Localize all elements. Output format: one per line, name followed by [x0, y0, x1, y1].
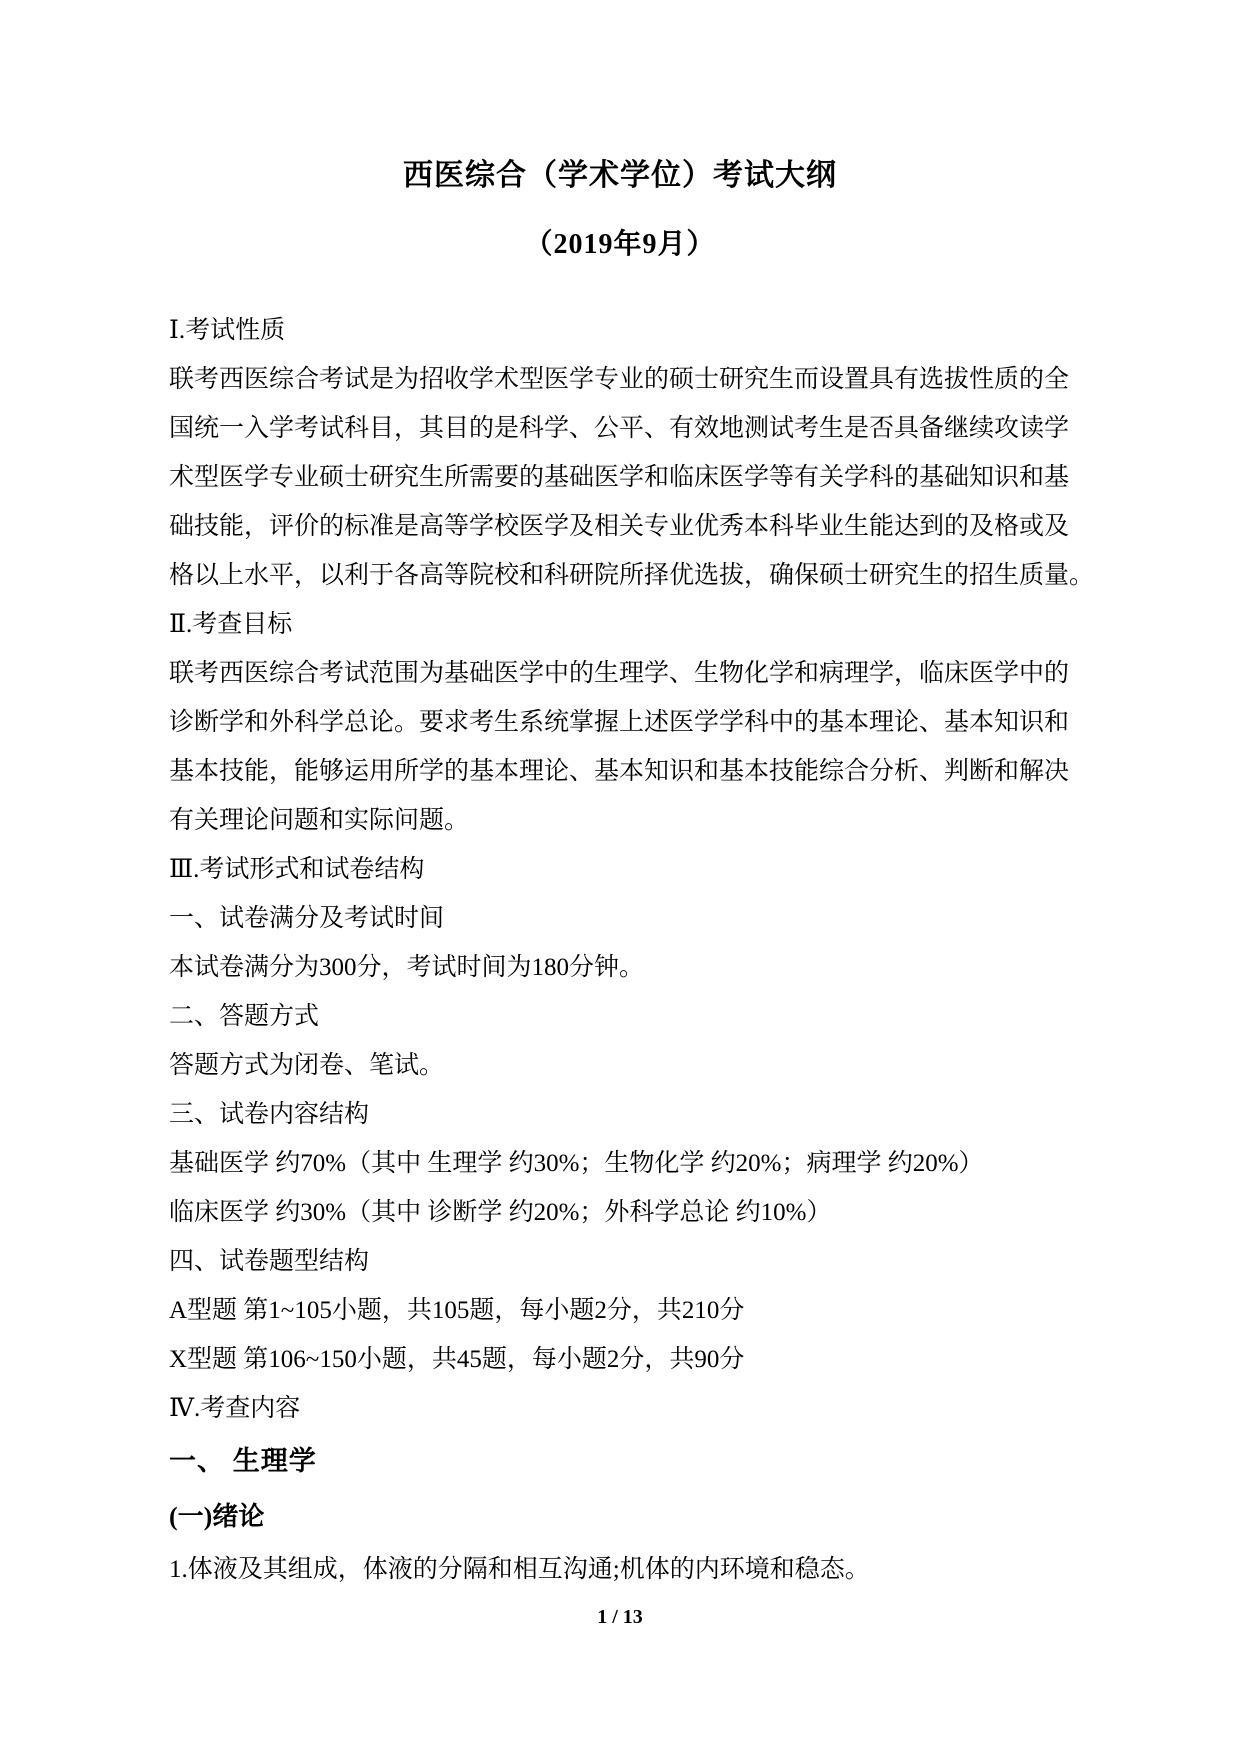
document-line: 三、试卷内容结构 [169, 1090, 1071, 1139]
document-line: 格以上水平，以利于各高等院校和科研院所择优选拔，确保硕士研究生的招生质量。 [169, 551, 1071, 600]
document-subtitle: （2019年9月） [0, 226, 1240, 264]
document-line: Ⅲ.考试形式和试卷结构 [169, 845, 1071, 894]
document-line: A型题 第1~105小题，共105题，每小题2分，共210分 [169, 1286, 1071, 1335]
document-line: Ⅰ.考试性质 [169, 306, 1071, 355]
document-line: 诊断学和外科学总论。要求考生系统掌握上述医学学科中的基本理论、基本知识和 [169, 698, 1071, 747]
document-line: 1.体液及其组成，体液的分隔和相互沟通;机体的内环境和稳态。 [169, 1545, 1071, 1594]
document-line: 联考西医综合考试范围为基础医学中的生理学、生物化学和病理学，临床医学中的 [169, 649, 1071, 698]
document-line: 基本技能，能够运用所学的基本理论、基本知识和基本技能综合分析、判断和解决 [169, 747, 1071, 796]
page-number: 1 / 13 [0, 1602, 1240, 1632]
document-line: (一)绪论 [169, 1489, 1071, 1545]
document-body: Ⅰ.考试性质联考西医综合考试是为招收学术型医学专业的硕士研究生而设置具有选拔性质… [169, 306, 1071, 1594]
document-line: 四、试卷题型结构 [169, 1237, 1071, 1286]
document-line: 有关理论问题和实际问题。 [169, 796, 1071, 845]
document-line: X型题 第106~150小题，共45题，每小题2分，共90分 [169, 1335, 1071, 1384]
document-line: 临床医学 约30%（其中 诊断学 约20%；外科学总论 约10%） [169, 1188, 1071, 1237]
document-line: 二、答题方式 [169, 992, 1071, 1041]
document-line: 答题方式为闭卷、笔试。 [169, 1041, 1071, 1090]
document-line: 术型医学专业硕士研究生所需要的基础医学和临床医学等有关学科的基础知识和基 [169, 453, 1071, 502]
document-line: 联考西医综合考试是为招收学术型医学专业的硕士研究生而设置具有选拔性质的全 [169, 355, 1071, 404]
document-line: 一、 生理学 [169, 1433, 1071, 1489]
document-line: Ⅱ.考查目标 [169, 600, 1071, 649]
document-line: 础技能，评价的标准是高等学校医学及相关专业优秀本科毕业生能达到的及格或及 [169, 502, 1071, 551]
document-line: 一、试卷满分及考试时间 [169, 894, 1071, 943]
document-line: 本试卷满分为300分，考试时间为180分钟。 [169, 943, 1071, 992]
document-line: 基础医学 约70%（其中 生理学 约30%；生物化学 约20%；病理学 约20%… [169, 1139, 1071, 1188]
document-page: 西医综合（学术学位）考试大纲 （2019年9月） Ⅰ.考试性质联考西医综合考试是… [0, 0, 1240, 1754]
document-line: Ⅳ.考查内容 [169, 1384, 1071, 1433]
document-title: 西医综合（学术学位）考试大纲 [0, 0, 1240, 196]
document-line: 国统一入学考试科目，其目的是科学、公平、有效地测试考生是否具备继续攻读学 [169, 404, 1071, 453]
